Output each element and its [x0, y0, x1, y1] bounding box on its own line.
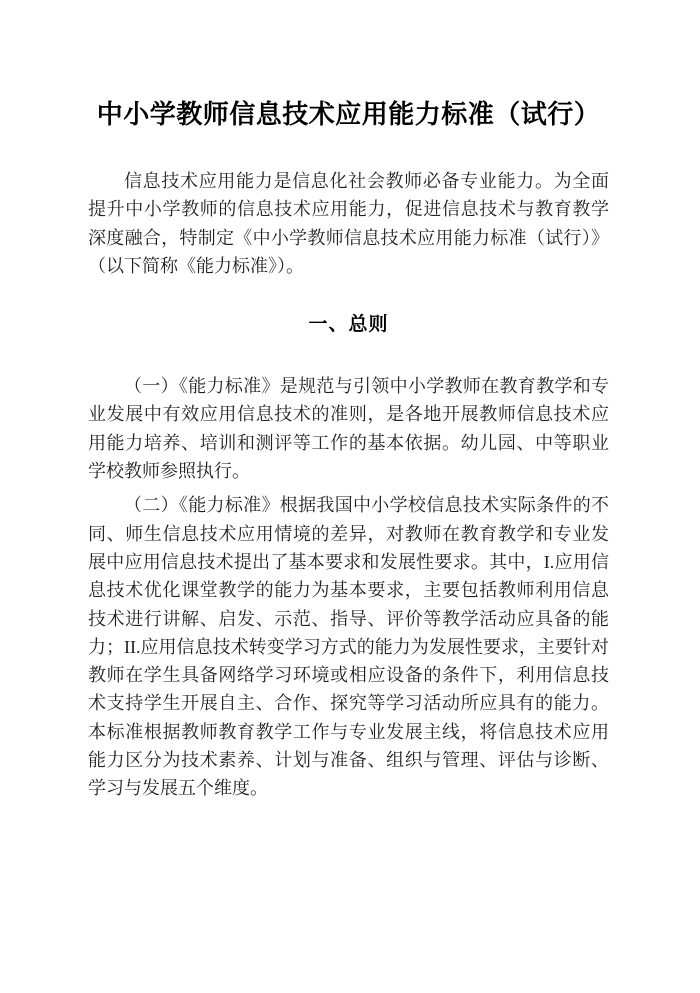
numbered-paragraph-2: （二）《能力标准》根据我国中小学校信息技术实际条件的不同、师生信息技术应用情境的…	[88, 491, 609, 802]
intro-paragraph: 信息技术应用能力是信息化社会教师必备专业能力。为全面提升中小学教师的信息技术应用…	[88, 167, 609, 280]
document-content: 中小学教师信息技术应用能力标准（试行） 信息技术应用能力是信息化社会教师必备专业…	[0, 0, 700, 803]
numbered-paragraph-1: （一）《能力标准》是规范与引领中小学教师在教育教学和专业发展中有效应用信息技术的…	[88, 372, 609, 485]
section-heading-general-rules: 一、总则	[88, 311, 609, 339]
document-page: 中小学教师信息技术应用能力标准（试行） 信息技术应用能力是信息化社会教师必备专业…	[0, 0, 700, 993]
document-title: 中小学教师信息技术应用能力标准（试行）	[88, 96, 609, 132]
